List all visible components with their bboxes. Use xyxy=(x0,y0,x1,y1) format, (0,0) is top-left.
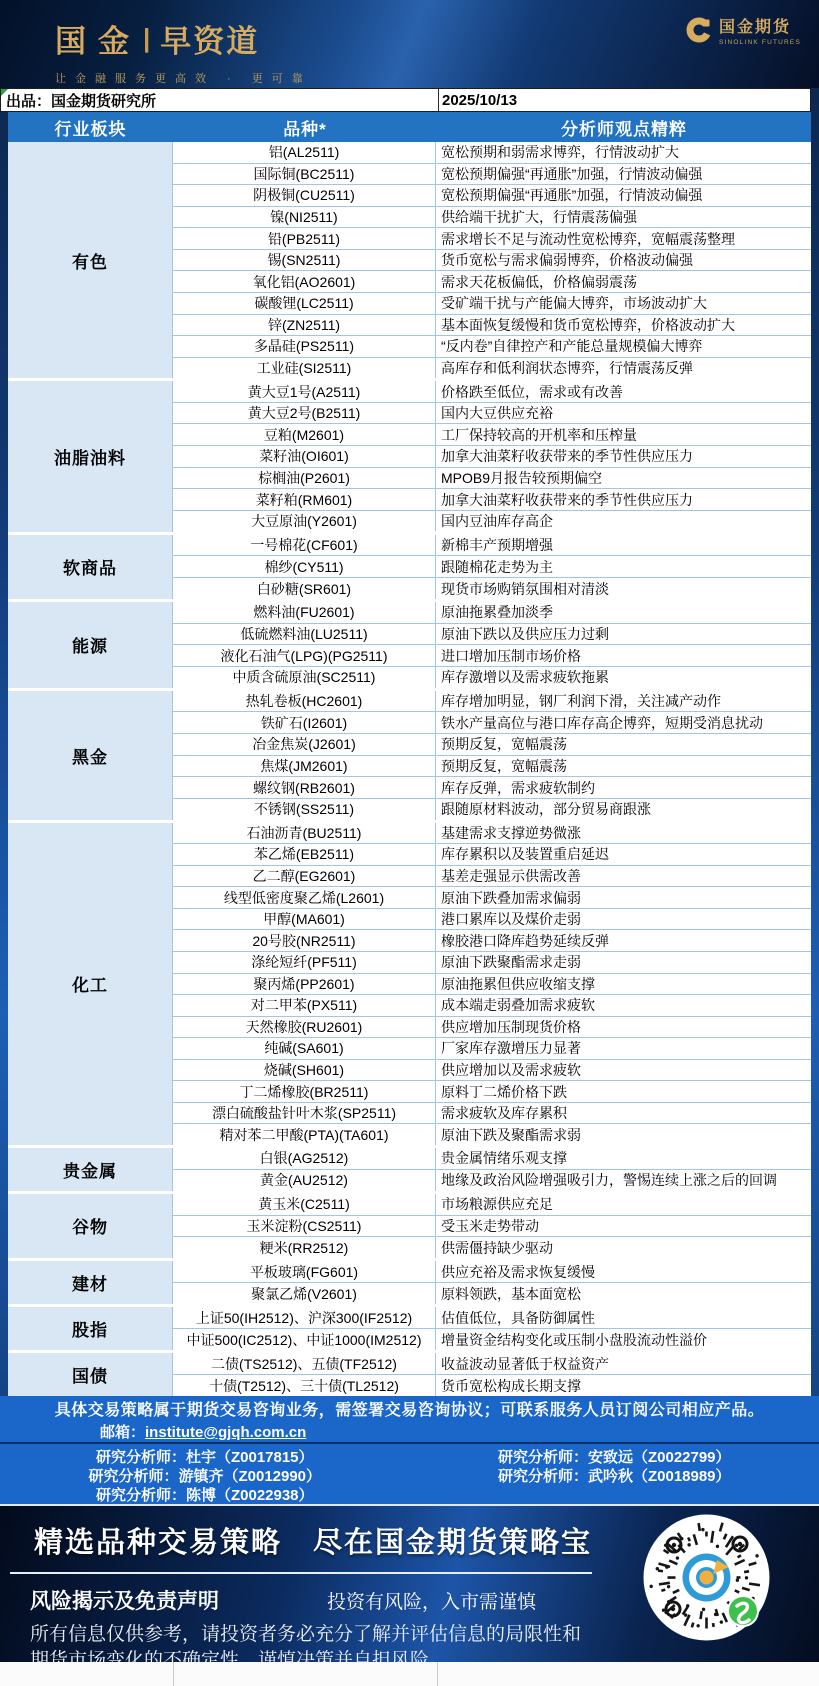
variety-cell: 多晶硅(PS2511) xyxy=(173,336,436,357)
sector-section: 能源燃料油(FU2601)原油拖累叠加淡季低硫燃料油(LU2511)原油下跌以及… xyxy=(8,602,811,688)
analyst-view-cell: 库存激增以及需求疲软拖累 xyxy=(436,667,811,688)
table-row: 丁二烯橡胶(BR2511)原料丁二烯价格下跌 xyxy=(173,1080,811,1102)
table-row: 氧化铝(AO2601)需求天花板偏低，价格偏弱震荡 xyxy=(173,270,811,292)
variety-cell: 阴极铜(CU2511) xyxy=(173,185,436,206)
variety-cell: 黄大豆1号(A2511) xyxy=(173,381,436,402)
table-row: 黄大豆2号(B2511)国内大豆供应充裕 xyxy=(173,402,811,424)
table-row: 铁矿石(I2601)铁水产量高位与港口库存高企博弈，短期受消息扰动 xyxy=(173,711,811,733)
analyst-view-cell: 原油下跌叠加需求偏弱 xyxy=(436,887,811,908)
table-row: 工业硅(SI2511)高库存和低利润状态博弈，行情震荡反弹 xyxy=(173,357,811,379)
variety-cell: 对二甲苯(PX511) xyxy=(173,995,436,1016)
gridline-left xyxy=(173,1662,174,1686)
variety-cell: 黄玉米(C2511) xyxy=(173,1194,436,1215)
variety-cell: 镍(NI2511) xyxy=(173,207,436,228)
sector-label: 油脂油料 xyxy=(8,381,173,531)
table-row: 黄大豆1号(A2511)价格跌至低位，需求或有改善 xyxy=(173,381,811,402)
table-row: 螺纹钢(RB2601)库存反弹，需求疲软制约 xyxy=(173,776,811,798)
analyst-view-cell: MPOB9月报告较预期偏空 xyxy=(436,468,811,489)
corner-brand: 国金期货 SINOLINK FUTURES xyxy=(686,14,801,46)
analyst-entry: 研究分析师：陈博（Z0022938） xyxy=(0,1487,410,1505)
variety-cell: 低硫燃料油(LU2511) xyxy=(173,624,436,645)
analyst-view-cell: 原油下跌聚酯需求走弱 xyxy=(436,952,811,973)
analyst-view-cell: 工厂保持较高的开机率和压榨量 xyxy=(436,424,811,445)
table-row: 对二甲苯(PX511)成本端走弱叠加需求疲软 xyxy=(173,994,811,1016)
table-row: 一号棉花(CF601)新棉丰产预期增强 xyxy=(173,535,811,556)
analyst-entry: 研究分析师：安致远（Z0022799） xyxy=(410,1449,819,1467)
analyst-entry xyxy=(410,1487,819,1505)
brand-slogan: 让金融服务更高效 · 更可靠 xyxy=(55,70,312,86)
table-row: 锡(SN2511)货币宽松与需求偏弱博弈，价格波动偏强 xyxy=(173,249,811,271)
analyst-view-cell: 受矿端干扰与产能偏大博弈，市场波动扩大 xyxy=(436,293,811,314)
table-row: 玉米淀粉(CS2511)受玉米走势带动 xyxy=(173,1215,811,1237)
analyst-view-cell: 原油拖累但供应收缩支撑 xyxy=(436,974,811,995)
variety-cell: 不锈钢(SS2511) xyxy=(173,799,436,820)
bottom-sheet-strip xyxy=(0,1662,819,1686)
analyst-view-cell: 货币宽松构成长期支撑 xyxy=(436,1375,811,1396)
analyst-view-cell: 宽松预期偏强“再通胀”加强，行情波动偏强 xyxy=(436,185,811,206)
table-row: 二债(TS2512)、五债(TF2512)收益波动显著低于权益资产 xyxy=(173,1353,811,1374)
subscription-notice: 具体交易策略属于期货交易咨询业务，需签署交易咨询协议；可联系服务人员订阅公司相应… xyxy=(0,1396,819,1444)
analyst-view-cell: 基本面恢复缓慢和货币宽松博弈，价格波动扩大 xyxy=(436,315,811,336)
table-row: 十债(T2512)、三十债(TL2512)货币宽松构成长期支撑 xyxy=(173,1374,811,1396)
table-row: 碳酸锂(LC2511)受矿端干扰与产能偏大博弈，市场波动扩大 xyxy=(173,292,811,314)
qr-center-logo-icon xyxy=(681,1552,733,1604)
variety-cell: 乙二醇(EG2601) xyxy=(173,866,436,887)
email-line: 邮箱：institute@gjqh.com.cn xyxy=(0,1423,819,1443)
analyst-view-cell: 库存反弹，需求疲软制约 xyxy=(436,777,811,798)
sector-section: 软商品一号棉花(CF601)新棉丰产预期增强棉纱(CY511)跟随棉花走势为主白… xyxy=(8,535,811,599)
analyst-view-cell: 橡胶港口降库趋势延续反弹 xyxy=(436,930,811,951)
variety-cell: 线型低密度聚乙烯(L2601) xyxy=(173,887,436,908)
table-row: 焦煤(JM2601)预期反复，宽幅震荡 xyxy=(173,755,811,777)
variety-cell: 菜籽油(OI601) xyxy=(173,446,436,467)
variety-cell: 粳米(RR2512) xyxy=(173,1237,436,1258)
logo-divider: | xyxy=(143,23,150,54)
variety-cell: 菜籽粕(RM601) xyxy=(173,489,436,510)
analyst-view-cell: 原油下跌及聚酯需求弱 xyxy=(436,1124,811,1145)
variety-cell: 聚氯乙烯(V2601) xyxy=(173,1283,436,1304)
top-banner: 国金 | 早资道 让金融服务更高效 · 更可靠 国金期货 SINOLINK FU… xyxy=(0,0,819,88)
sector-label: 黑金 xyxy=(8,691,173,820)
variety-cell: 热轧卷板(HC2601) xyxy=(173,691,436,712)
variety-cell: 二债(TS2512)、五债(TF2512) xyxy=(173,1353,436,1374)
sector-label: 贵金属 xyxy=(8,1148,173,1191)
analyst-entry: 研究分析师：武吟秋（Z0018989） xyxy=(410,1468,819,1486)
analyst-view-cell: 价格跌至低位，需求或有改善 xyxy=(436,381,811,402)
variety-cell: 苯乙烯(EB2511) xyxy=(173,844,436,865)
variety-cell: 纯碱(SA601) xyxy=(173,1038,436,1059)
table-row: 中证500(IC2512)、中证1000(IM2512)增量资金结构变化或压制小… xyxy=(173,1328,811,1350)
table-row: 锌(ZN2511)基本面恢复缓慢和货币宽松博弈，价格波动扩大 xyxy=(173,314,811,336)
analyst-view-cell: 铁水产量高位与港口库存高企博弈，短期受消息扰动 xyxy=(436,712,811,733)
table-body: 有色铝(AL2511)宽松预期和弱需求博弈，行情波动扩大国际铜(BC2511)宽… xyxy=(8,142,811,1396)
table-row: 棉纱(CY511)跟随棉花走势为主 xyxy=(173,555,811,577)
sector-label: 谷物 xyxy=(8,1194,173,1258)
table-row: 天然橡胶(RU2601)供应增加压制现货价格 xyxy=(173,1016,811,1038)
analyst-view-cell: 进口增加压制市场价格 xyxy=(436,645,811,666)
variety-cell: 烧碱(SH601) xyxy=(173,1060,436,1081)
table-row: 中质含硫原油(SC2511)库存激增以及需求疲软拖累 xyxy=(173,666,811,688)
table-row: 平板玻璃(FG601)供应充裕及需求恢复缓慢 xyxy=(173,1261,811,1282)
analyst-view-cell: 供应增加以及需求疲软 xyxy=(436,1060,811,1081)
analyst-view-cell: 成本端走弱叠加需求疲软 xyxy=(436,995,811,1016)
sector-section: 国债二债(TS2512)、五债(TF2512)收益波动显著低于权益资产十债(T2… xyxy=(8,1353,811,1396)
variety-cell: 国际铜(BC2511) xyxy=(173,164,436,185)
masthead-logo: 国金 | 早资道 让金融服务更高效 · 更可靠 xyxy=(55,16,312,86)
table-row: 燃料油(FU2601)原油拖累叠加淡季 xyxy=(173,602,811,623)
analyst-view-cell: 收益波动显著低于权益资产 xyxy=(436,1353,811,1374)
brand-name-cn: 国金期货 xyxy=(719,14,801,37)
sector-label: 建材 xyxy=(8,1261,173,1304)
sector-section: 有色铝(AL2511)宽松预期和弱需求博弈，行情波动扩大国际铜(BC2511)宽… xyxy=(8,142,811,378)
qr-code xyxy=(643,1514,770,1641)
variety-cell: 大豆原油(Y2601) xyxy=(173,511,436,532)
publisher-bar: 出品：国金期货研究所 2025/10/13 xyxy=(0,88,811,112)
variety-cell: 锡(SN2511) xyxy=(173,250,436,271)
analyst-view-cell: 港口累库以及煤价走弱 xyxy=(436,909,811,930)
table-row: 铅(PB2511)需求增长不足与流动性宽松博弈，宽幅震荡整理 xyxy=(173,227,811,249)
table-row: 不锈钢(SS2511)跟随原材料波动，部分贸易商跟涨 xyxy=(173,798,811,820)
sector-label: 股指 xyxy=(8,1307,173,1350)
analyst-view-cell: 供需僵持缺少驱动 xyxy=(436,1237,811,1258)
report-date: 2025/10/13 xyxy=(442,92,517,109)
analyst-view-cell: 国内大豆供应充裕 xyxy=(436,403,811,424)
analyst-view-cell: 货币宽松与需求偏弱博弈，价格波动偏强 xyxy=(436,250,811,271)
sector-section: 建材平板玻璃(FG601)供应充裕及需求恢复缓慢聚氯乙烯(V2601)原料领跌，… xyxy=(8,1261,811,1304)
table-row: 白砂糖(SR601)现货市场购销氛围相对清淡 xyxy=(173,577,811,599)
publisher-bar-divider xyxy=(438,89,439,111)
analyst-view-cell: 基建需求支撑逆势微涨 xyxy=(436,823,811,844)
analyst-view-cell: 预期反复，宽幅震荡 xyxy=(436,756,811,777)
table-row: 石油沥青(BU2511)基建需求支撑逆势微涨 xyxy=(173,823,811,844)
email-label: 邮箱： xyxy=(100,1424,145,1441)
logo-guojin: 国金 xyxy=(55,16,141,61)
variety-cell: 石油沥青(BU2511) xyxy=(173,823,436,844)
sheet-corner-marker-icon xyxy=(1,89,8,96)
variety-cell: 螺纹钢(RB2601) xyxy=(173,777,436,798)
analyst-view-cell: 需求天花板偏低，价格偏弱震荡 xyxy=(436,271,811,292)
variety-cell: 丁二烯橡胶(BR2511) xyxy=(173,1081,436,1102)
analyst-view-cell: “反内卷”自律控产和产能总量规模偏大博弈 xyxy=(436,336,811,357)
variety-cell: 中证500(IC2512)、中证1000(IM2512) xyxy=(173,1329,436,1350)
analyst-view-cell: 贵金属情绪乐观支撑 xyxy=(436,1148,811,1169)
table-row: 铝(AL2511)宽松预期和弱需求博弈，行情波动扩大 xyxy=(173,142,811,163)
table-row: 白银(AG2512)贵金属情绪乐观支撑 xyxy=(173,1148,811,1169)
column-header-analyst-view: 分析师观点精粹 xyxy=(437,115,811,140)
variety-cell: 20号胶(NR2511) xyxy=(173,930,436,951)
brand-ring-icon xyxy=(686,17,712,43)
sector-section: 谷物黄玉米(C2511)市场粮源供应充足玉米淀粉(CS2511)受玉米走势带动粳… xyxy=(8,1194,811,1258)
analyst-entry: 研究分析师：游镇齐（Z0012990） xyxy=(0,1468,410,1486)
variety-cell: 甲醇(MA601) xyxy=(173,909,436,930)
variety-cell: 铁矿石(I2601) xyxy=(173,712,436,733)
variety-cell: 上证50(IH2512)、沪深300(IF2512) xyxy=(173,1307,436,1328)
variety-cell: 黄金(AU2512) xyxy=(173,1170,436,1191)
table-row: 上证50(IH2512)、沪深300(IF2512)估值低位，具备防御属性 xyxy=(173,1307,811,1328)
analyst-entry: 研究分析师：杜宇（Z0017815） xyxy=(0,1449,410,1467)
variety-cell: 氧化铝(AO2601) xyxy=(173,271,436,292)
table-row: 国际铜(BC2511)宽松预期偏强“再通胀”加强，行情波动偏强 xyxy=(173,163,811,185)
variety-cell: 燃料油(FU2601) xyxy=(173,602,436,623)
brand-name-en: SINOLINK FUTURES xyxy=(719,39,801,46)
table-row: 聚氯乙烯(V2601)原料领跌，基本面宽松 xyxy=(173,1282,811,1304)
table-row: 热轧卷板(HC2601)库存增加明显，钢厂利润下滑，关注减产动作 xyxy=(173,691,811,712)
table-row: 黄玉米(C2511)市场粮源供应充足 xyxy=(173,1194,811,1215)
variety-cell: 玉米淀粉(CS2511) xyxy=(173,1216,436,1237)
analyst-view-cell: 原油下跌以及供应压力过剩 xyxy=(436,624,811,645)
table-row: 精对苯二甲酸(PTA)(TA601)原油下跌及聚酯需求弱 xyxy=(173,1123,811,1145)
table-header-row: 行业板块 品种* 分析师观点精粹 xyxy=(8,112,811,142)
sector-section: 黑金热轧卷板(HC2601)库存增加明显，钢厂利润下滑，关注减产动作铁矿石(I2… xyxy=(8,691,811,820)
publisher-label: 出品：国金期货研究所 xyxy=(1,90,156,111)
variety-cell: 十债(T2512)、三十债(TL2512) xyxy=(173,1375,436,1396)
analyst-view-cell: 受玉米走势带动 xyxy=(436,1216,811,1237)
risk-disclosure-title: 风险揭示及免责声明 xyxy=(30,1585,219,1615)
analysts-section: 研究分析师：杜宇（Z0017815）研究分析师：安致远（Z0022799）研究分… xyxy=(0,1444,819,1506)
analyst-view-cell: 供给端干扰扩大，行情震荡偏强 xyxy=(436,207,811,228)
sector-label: 国债 xyxy=(8,1353,173,1396)
variety-cell: 棕榈油(P2601) xyxy=(173,468,436,489)
gridline-right xyxy=(437,1662,438,1686)
wechat-mini-program-badge-icon xyxy=(728,1596,758,1626)
analyst-view-cell: 跟随原材料波动，部分贸易商跟涨 xyxy=(436,799,811,820)
table-row: 线型低密度聚乙烯(L2601)原油下跌叠加需求偏弱 xyxy=(173,886,811,908)
sector-label: 软商品 xyxy=(8,535,173,599)
analyst-view-cell: 预期反复，宽幅震荡 xyxy=(436,734,811,755)
risk-warning-text: 投资有风险，入市需谨慎 xyxy=(327,1587,536,1614)
variety-cell: 白银(AG2512) xyxy=(173,1148,436,1169)
newsletter-page: 国金 | 早资道 让金融服务更高效 · 更可靠 国金期货 SINOLINK FU… xyxy=(0,0,819,1686)
email-link[interactable]: institute@gjqh.com.cn xyxy=(145,1424,306,1441)
logo-product-name: 早资道 xyxy=(160,16,259,61)
sector-section: 股指上证50(IH2512)、沪深300(IF2512)估值低位，具备防御属性中… xyxy=(8,1307,811,1350)
table-row: 镍(NI2511)供给端干扰扩大，行情震荡偏强 xyxy=(173,206,811,228)
analyst-view-cell: 库存累积以及装置重启延迟 xyxy=(436,844,811,865)
table-row: 纯碱(SA601)厂家库存激增压力显著 xyxy=(173,1037,811,1059)
analyst-view-cell: 原料丁二烯价格下跌 xyxy=(436,1081,811,1102)
variety-cell: 铝(AL2511) xyxy=(173,142,436,163)
analyst-view-cell: 地缘及政治风险增强吸引力，警惕连续上涨之后的回调 xyxy=(436,1170,811,1191)
column-header-variety: 品种* xyxy=(173,115,437,140)
variety-cell: 精对苯二甲酸(PTA)(TA601) xyxy=(173,1124,436,1145)
table-row: 多晶硅(PS2511)“反内卷”自律控产和产能总量规模偏大博弈 xyxy=(173,335,811,357)
sector-label: 有色 xyxy=(8,142,173,378)
variety-cell: 锌(ZN2511) xyxy=(173,315,436,336)
variety-cell: 碳酸锂(LC2511) xyxy=(173,293,436,314)
analyst-view-cell: 厂家库存激增压力显著 xyxy=(436,1038,811,1059)
variety-cell: 工业硅(SI2511) xyxy=(173,358,436,379)
analyst-view-cell: 加拿大油菜籽收获带来的季节性供应压力 xyxy=(436,489,811,510)
table-row: 乙二醇(EG2601)基差走强显示供需改善 xyxy=(173,865,811,887)
analyst-view-cell: 估值低位，具备防御属性 xyxy=(436,1307,811,1328)
variety-cell: 液化石油气(LPG)(PG2511) xyxy=(173,645,436,666)
variety-cell: 铅(PB2511) xyxy=(173,228,436,249)
table-row: 甲醇(MA601)港口累库以及煤价走弱 xyxy=(173,908,811,930)
table-row: 菜籽油(OI601)加拿大油菜籽收获带来的季节性供应压力 xyxy=(173,445,811,467)
table-row: 低硫燃料油(LU2511)原油下跌以及供应压力过剩 xyxy=(173,623,811,645)
table-row: 20号胶(NR2511)橡胶港口降库趋势延续反弹 xyxy=(173,929,811,951)
sector-label: 化工 xyxy=(8,823,173,1145)
variety-cell: 中质含硫原油(SC2511) xyxy=(173,667,436,688)
variety-cell: 焦煤(JM2601) xyxy=(173,756,436,777)
table-row: 冶金焦炭(J2601)预期反复，宽幅震荡 xyxy=(173,733,811,755)
analyst-view-cell: 基差走强显示供需改善 xyxy=(436,866,811,887)
analyst-view-cell: 原料领跌，基本面宽松 xyxy=(436,1283,811,1304)
promo-divider-line xyxy=(10,1572,592,1574)
table-row: 黄金(AU2512)地缘及政治风险增强吸引力，警惕连续上涨之后的回调 xyxy=(173,1169,811,1191)
table-row: 大豆原油(Y2601)国内豆油库存高企 xyxy=(173,510,811,532)
analyst-view-cell: 高库存和低利润状态博弈，行情震荡反弹 xyxy=(436,358,811,379)
table-row: 豆粕(M2601)工厂保持较高的开机率和压榨量 xyxy=(173,423,811,445)
table-row: 阴极铜(CU2511)宽松预期偏强“再通胀”加强，行情波动偏强 xyxy=(173,184,811,206)
table-row: 烧碱(SH601)供应增加以及需求疲软 xyxy=(173,1059,811,1081)
notice-text: 具体交易策略属于期货交易咨询业务，需签署交易咨询协议；可联系服务人员订阅公司相应… xyxy=(0,1399,819,1423)
variety-cell: 天然橡胶(RU2601) xyxy=(173,1017,436,1038)
variety-cell: 漂白硫酸盐针叶木浆(SP2511) xyxy=(173,1103,436,1124)
analyst-view-cell: 国内豆油库存高企 xyxy=(436,511,811,532)
sector-section: 油脂油料黄大豆1号(A2511)价格跌至低位，需求或有改善黄大豆2号(B2511… xyxy=(8,381,811,531)
analyst-view-cell: 宽松预期和弱需求博弈，行情波动扩大 xyxy=(436,142,811,163)
analyst-view-cell: 宽松预期偏强“再通胀”加强，行情波动偏强 xyxy=(436,164,811,185)
analyst-view-cell: 新棉丰产预期增强 xyxy=(436,535,811,556)
analyst-view-cell: 跟随棉花走势为主 xyxy=(436,556,811,577)
variety-cell: 白砂糖(SR601) xyxy=(173,578,436,599)
analyst-view-cell: 加拿大油菜籽收获带来的季节性供应压力 xyxy=(436,446,811,467)
table-row: 涤纶短纤(PF511)原油下跌聚酯需求走弱 xyxy=(173,951,811,973)
table-row: 液化石油气(LPG)(PG2511)进口增加压制市场价格 xyxy=(173,644,811,666)
variety-cell: 冶金焦炭(J2601) xyxy=(173,734,436,755)
table-row: 漂白硫酸盐针叶木浆(SP2511)需求疲软及库存累积 xyxy=(173,1102,811,1124)
sector-label: 能源 xyxy=(8,602,173,688)
variety-cell: 聚丙烯(PP2601) xyxy=(173,974,436,995)
sector-section: 化工石油沥青(BU2511)基建需求支撑逆势微涨苯乙烯(EB2511)库存累积以… xyxy=(8,823,811,1145)
analyst-view-cell: 原油拖累叠加淡季 xyxy=(436,602,811,623)
variety-cell: 涤纶短纤(PF511) xyxy=(173,952,436,973)
variety-cell: 一号棉花(CF601) xyxy=(173,535,436,556)
analyst-view-cell: 需求增长不足与流动性宽松博弈，宽幅震荡整理 xyxy=(436,228,811,249)
promo-section: 精选品种交易策略 尽在国金期货策略宝 风险揭示及免责声明 投资有风险，入市需谨慎… xyxy=(0,1506,819,1662)
analyst-view-cell: 需求疲软及库存累积 xyxy=(436,1103,811,1124)
table-row: 粳米(RR2512)供需僵持缺少驱动 xyxy=(173,1236,811,1258)
variety-cell: 豆粕(M2601) xyxy=(173,424,436,445)
table-row: 菜籽粕(RM601)加拿大油菜籽收获带来的季节性供应压力 xyxy=(173,488,811,510)
variety-cell: 黄大豆2号(B2511) xyxy=(173,403,436,424)
analyst-view-cell: 供应增加压制现货价格 xyxy=(436,1017,811,1038)
analyst-view-cell: 现货市场购销氛围相对清淡 xyxy=(436,578,811,599)
table-row: 棕榈油(P2601)MPOB9月报告较预期偏空 xyxy=(173,467,811,489)
table-row: 聚丙烯(PP2601)原油拖累但供应收缩支撑 xyxy=(173,973,811,995)
analyst-view-cell: 市场粮源供应充足 xyxy=(436,1194,811,1215)
analyst-view-cell: 库存增加明显，钢厂利润下滑，关注减产动作 xyxy=(436,691,811,712)
analyst-view-cell: 增量资金结构变化或压制小盘股流动性溢价 xyxy=(436,1329,811,1350)
variety-cell: 棉纱(CY511) xyxy=(173,556,436,577)
sector-section: 贵金属白银(AG2512)贵金属情绪乐观支撑黄金(AU2512)地缘及政治风险增… xyxy=(8,1148,811,1191)
column-header-sector: 行业板块 xyxy=(8,115,173,140)
table-row: 苯乙烯(EB2511)库存累积以及装置重启延迟 xyxy=(173,843,811,865)
analyst-view-cell: 供应充裕及需求恢复缓慢 xyxy=(436,1261,811,1282)
analysts-grid: 研究分析师：杜宇（Z0017815）研究分析师：安致远（Z0022799）研究分… xyxy=(0,1449,819,1505)
variety-cell: 平板玻璃(FG601) xyxy=(173,1261,436,1282)
